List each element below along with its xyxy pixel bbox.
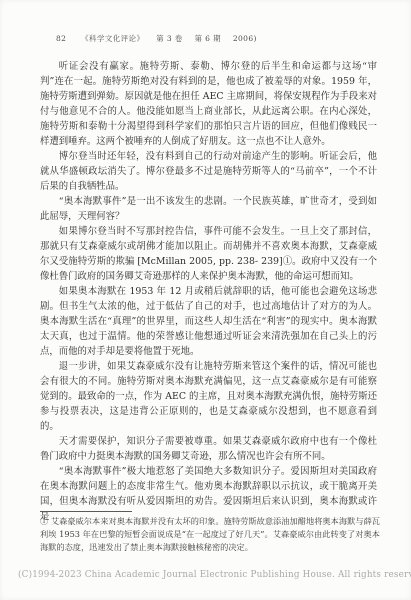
- paragraph: 如果奥本海默在 1953 年 12 月或稍后就辞职的话，他可能也会避免这场悲剧。…: [40, 284, 377, 359]
- paragraph: 如果博尔登当时不写那封控告信，事件可能不会发生。一旦上交了那封信，那就只有艾森豪…: [40, 224, 377, 284]
- scanned-journal-page: 82 《科学文化评论》 第 3 卷 第 6 期 2006) 听证会没有赢家。施特…: [0, 0, 411, 600]
- paragraph: 天才需要保护，知识分子需要被尊重。如果艾森豪威尔政府中也有一个像杜鲁门政府中力挺…: [40, 434, 377, 464]
- running-head: 82 《科学文化评论》 第 3 卷 第 6 期 2006): [56, 33, 266, 44]
- journal-issue: 第 6 期: [194, 34, 221, 43]
- journal-year: 2006): [233, 34, 257, 43]
- page-number: 82: [56, 34, 66, 43]
- article-body: 听证会没有赢家。施特劳斯、泰勒、博尔登的后半生和命运都与这场“审判”连在一起。施…: [40, 59, 377, 524]
- paragraph: 听证会没有赢家。施特劳斯、泰勒、博尔登的后半生和命运都与这场“审判”连在一起。施…: [40, 59, 377, 149]
- footnote: ① 艾森豪威尔本来对奥本海默并没有太坏的印象。施特劳斯故意添油加醋地将奥本海默与…: [40, 515, 380, 553]
- paragraph: 博尔登当时还年轻，没有料到自己的行动对前途产生的影响。听证会后，他就从华盛顿政坛…: [40, 149, 377, 194]
- journal-title: 《科学文化评论》: [81, 34, 144, 43]
- journal-volume: 第 3 卷: [156, 34, 183, 43]
- copyright-text: (C)1994-2023 China Academic Journal Elec…: [18, 570, 411, 580]
- footnote-divider: [40, 511, 132, 512]
- paragraph: “奥本海默事件”是一出不该发生的悲剧。一个民族英雄，旷世奇才，受到如此屈辱，天理…: [40, 194, 377, 224]
- copyright-strip: (C)1994-2023 China Academic Journal Elec…: [18, 570, 411, 580]
- paragraph: 退一步讲，如果艾森豪威尔没有让施特劳斯来管这个案件的话，情况可能也会有很大的不同…: [40, 359, 377, 434]
